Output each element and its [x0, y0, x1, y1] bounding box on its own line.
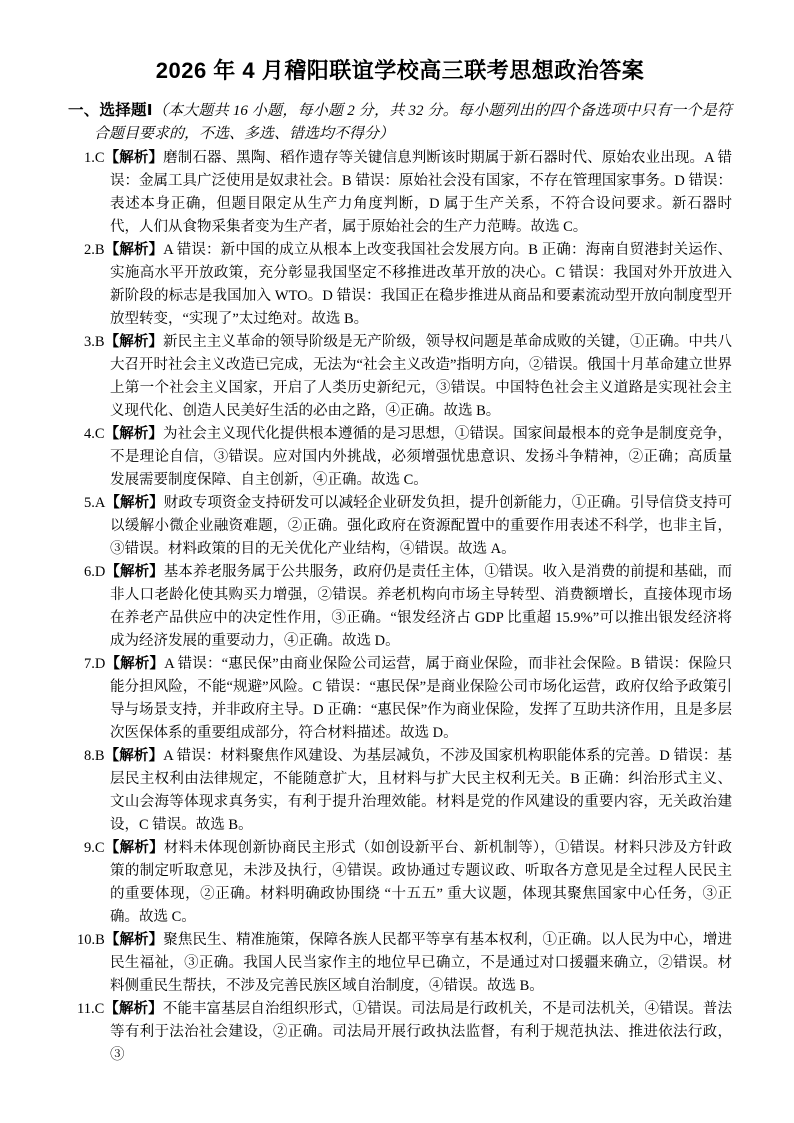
analysis-label: 【解析】: [105, 656, 164, 672]
analysis-label: 【解析】: [104, 1001, 163, 1017]
item-number-answer: 4.C: [84, 426, 105, 442]
analysis-text: 磨制石器、黑陶、稻作遗存等关键信息判断该时期属于新石器时代、原始农业出现。A 错…: [110, 150, 732, 235]
analysis-label: 【解析】: [105, 840, 164, 856]
section-heading: 一、选择题Ⅰ（本大题共 16 小题，每小题 2 分，共 32 分。每小题列出的四…: [68, 99, 732, 146]
answer-item: 8.B【解析】A 错误：材料聚焦作风建设、为基层减负，不涉及国家机构职能体系的完…: [84, 745, 732, 837]
answer-item: 9.C【解析】材料未体现创新协商民主形式（如创设新平台、新机制等），①错误。材料…: [84, 837, 732, 929]
analysis-text: 新民主主义革命的领导阶级是无产阶级，领导权问题是革命成败的关键，①正确。中共八大…: [110, 334, 732, 419]
analysis-label: 【解析】: [105, 334, 163, 350]
analysis-text: 材料未体现创新协商民主形式（如创设新平台、新机制等），①错误。材料只涉及方针政策…: [110, 840, 732, 925]
analysis-label: 【解析】: [105, 564, 163, 580]
item-number-answer: 9.C: [84, 840, 105, 856]
answer-item: 11.C【解析】不能丰富基层自治组织形式，①错误。司法局是行政机关，不是司法机关…: [77, 998, 732, 1067]
answer-item: 3.B【解析】新民主主义革命的领导阶级是无产阶级，领导权问题是革命成败的关键，①…: [84, 331, 732, 423]
answer-item: 7.D【解析】A 错误：“惠民保”由商业保险公司运营，属于商业保险，而非社会保险…: [84, 653, 732, 745]
analysis-label: 【解析】: [105, 932, 163, 948]
analysis-text: A 错误：“惠民保”由商业保险公司运营，属于商业保险，而非社会保险。B 错误：保…: [110, 656, 732, 741]
answer-item: 2.B【解析】A 错误：新中国的成立从根本上改变我国社会发展方向。B 正确：海南…: [84, 239, 732, 331]
answer-item: 4.C【解析】为社会主义现代化提供根本遵循的是习思想，①错误。国家间最根本的竞争…: [84, 423, 732, 492]
section-instructions: （本大题共 16 小题，每小题 2 分，共 32 分。每小题列出的四个备选项中只…: [94, 103, 732, 142]
analysis-label: 【解析】: [105, 242, 164, 258]
item-number-answer: 1.C: [84, 150, 105, 166]
page-title: 2026 年 4 月稽阳联谊学校高三联考思想政治答案: [68, 56, 732, 86]
analysis-text: 为社会主义现代化提供根本遵循的是习思想，①错误。国家间最根本的竞争是制度竞争，不…: [110, 426, 732, 488]
answer-item: 6.D【解析】基本养老服务属于公共服务，政府仍是责任主体，①错误。收入是消费的前…: [84, 561, 732, 653]
item-number-answer: 8.B: [84, 748, 105, 764]
section-label: 一、选择题Ⅰ: [68, 102, 153, 119]
item-number-answer: 5.A: [84, 495, 105, 511]
analysis-text: 聚焦民生、精准施策，保障各族人民都平等享有基本权利，①正确。以人民为中心，增进民…: [110, 932, 732, 994]
answer-item: 5.A【解析】财政专项资金支持研发可以减轻企业研发负担，提升创新能力，①正确。引…: [84, 492, 732, 561]
answer-item: 10.B【解析】聚焦民生、精准施策，保障各族人民都平等享有基本权利，①正确。以人…: [77, 929, 732, 998]
item-number-answer: 11.C: [77, 1001, 104, 1017]
analysis-text: 基本养老服务属于公共服务，政府仍是责任主体，①错误。收入是消费的前提和基础，而非…: [110, 564, 732, 649]
analysis-label: 【解析】: [105, 426, 163, 442]
answer-list: 1.C【解析】磨制石器、黑陶、稻作遗存等关键信息判断该时期属于新石器时代、原始农…: [68, 147, 732, 1067]
item-number-answer: 2.B: [84, 242, 105, 258]
analysis-text: A 错误：新中国的成立从根本上改变我国社会发展方向。B 正确：海南自贸港封关运作…: [110, 242, 732, 327]
item-number-answer: 7.D: [84, 656, 105, 672]
analysis-label: 【解析】: [105, 495, 163, 511]
answer-item: 1.C【解析】磨制石器、黑陶、稻作遗存等关键信息判断该时期属于新石器时代、原始农…: [84, 147, 732, 239]
item-number-answer: 3.B: [84, 334, 105, 350]
item-number-answer: 10.B: [77, 932, 105, 948]
document-page: 2026 年 4 月稽阳联谊学校高三联考思想政治答案 一、选择题Ⅰ（本大题共 1…: [0, 0, 794, 1123]
analysis-label: 【解析】: [105, 748, 164, 764]
analysis-label: 【解析】: [105, 150, 164, 166]
item-number-answer: 6.D: [84, 564, 105, 580]
analysis-text: 财政专项资金支持研发可以减轻企业研发负担，提升创新能力，①正确。引导信贷支持可以…: [110, 495, 732, 557]
analysis-text: 不能丰富基层自治组织形式，①错误。司法局是行政机关，不是司法机关，④错误。普法等…: [110, 1001, 732, 1063]
analysis-text: A 错误：材料聚焦作风建设、为基层减负，不涉及国家机构职能体系的完善。D 错误：…: [110, 748, 732, 833]
